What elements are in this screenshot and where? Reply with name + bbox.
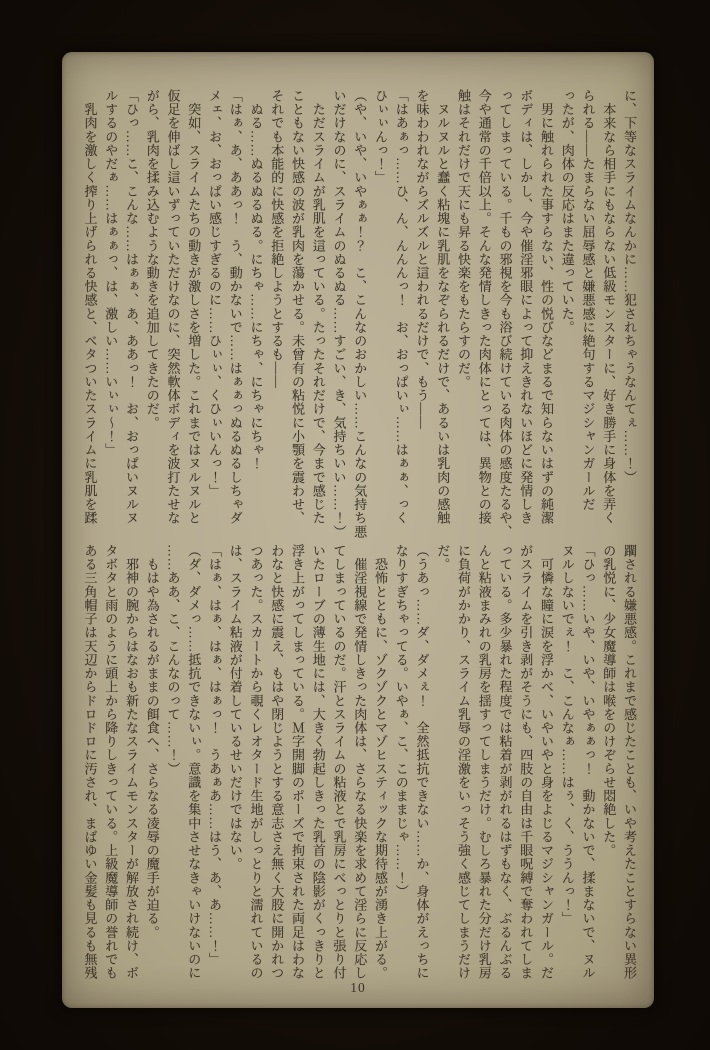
text-block-bottom: 躙される嫌悪感。これまで感じたことも、いや考えたことすらない異形の乳悦に、少女魔…	[73, 544, 639, 981]
scan-frame: に、下等なスライムなんかに……犯されちゃうなんてぇ……！） 本来なら相手にもなら…	[0, 0, 710, 1050]
book-page: に、下等なスライムなんかに……犯されちゃうなんてぇ……！） 本来なら相手にもなら…	[62, 52, 654, 1008]
text-column: ヌルヌルと蠢く粘塊に乳肌をなぞられるだけで、あるいは乳肉の感触	[432, 89, 453, 526]
text-column: 突如、スライムたちの動きが激しさを増した。これまではヌルヌルと	[183, 89, 204, 526]
text-column: ボディは、しかし、今や催淫邪眼によって抑えきれないほどに発情しき	[515, 89, 536, 526]
text-column: 男に触れられた事すらない、性の悦びなどまるで知らないはずの純潔	[535, 89, 556, 526]
text-column: 「ひっ……いや、いや、いやぁぁっ！ 動かないで、揉まないで、ヌル	[577, 544, 598, 981]
text-column: タボタと雨のように頭上から降りしきっている。上級魔導師の誉れでも	[100, 544, 121, 981]
text-column: 「はぁ、あ、ああっ！ う、動かないで……はぁぁっぬるぬるしちゃダ	[224, 89, 245, 526]
text-column: の乳悦に、少女魔導師は喉をのけぞらせ悶絶した。	[598, 544, 619, 981]
text-column: は、スライム粘液が付着しているせいだけではない。	[224, 544, 245, 981]
text-column: （や、いや、いやぁぁ！？ こ、こんなのおかしい……こんなの気持ち悪	[349, 89, 370, 526]
text-column: 「はぁ、はぁ、はぁ、はぁっ！ うあぁあ……はう、あ、あ……！」	[203, 544, 224, 981]
page-number: 10	[62, 980, 654, 996]
text-column: ヌルしないでぇ！ こ、こんなぁ……はぅ、く、ううんっ！」	[556, 544, 577, 981]
text-column: ルするのやだぁ……はぁぁっ、は、激しい……いぃぃ～！」	[100, 89, 121, 526]
text-column: がスライムを引き剥がそうにも、四肢の自由は千眼呪縛で奪われてしま	[515, 544, 536, 981]
text-column: 今や通常の千倍以上。そんな発情しきった肉体にとっては、異物との接	[473, 89, 494, 526]
text-block-top: に、下等なスライムなんかに……犯されちゃうなんてぇ……！） 本来なら相手にもなら…	[73, 89, 639, 526]
text-column: （ダ、ダメっ……抵抗できないぃ。意識を集中させなきゃいけないのに	[183, 544, 204, 981]
text-column: 催淫視線で発情しきった肉体は、さらなる快楽を求めて淫らに反応し	[349, 544, 370, 981]
text-column: （うあっ……ダ、ダメぇ！ 全然抵抗できない……か、身体がえっちに	[411, 544, 432, 981]
text-column: こともない快感の波が乳肉を蕩かせる。未曾有の粘悦に小顎を震わせ、	[286, 89, 307, 526]
text-column: 「ひっ……こ、こんな……はぁぁ、あ、ああっ！ お、おっぱいヌルヌ	[120, 89, 141, 526]
text-column: いたローブの薄生地には、大きく勃起しきった乳首の陰影がくっきりと	[307, 544, 328, 981]
text-column: ある三角帽子は天辺からドロドロに汚され、まばゆい金髪も見るも無残	[79, 544, 100, 981]
text-column: だ。	[432, 544, 453, 981]
text-column: いだけなのに、スライムのぬるぬる……すごい、き、気持ちいい……！）	[328, 89, 349, 526]
text-column: つあった。スカートから覗くレオタード生地がしっとりと濡れているの	[245, 544, 266, 981]
text-column: なりすぎちゃってる。いやぁ、こ、このままじゃ……！）	[390, 544, 411, 981]
text-column: 邪神の腕からはなおも新たなスライムモンスターが解放され続け、ボ	[120, 544, 141, 981]
text-column: に、下等なスライムなんかに……犯されちゃうなんてぇ……！）	[618, 89, 639, 526]
text-column: ぬる……ぬるぬるぬる。にちゃ……にちゃ、にちゃにちゃ！	[245, 89, 266, 526]
text-column: に負荷がかかり、スライム乳辱の淫激をいっそう強く感じてしまうだけ	[452, 544, 473, 981]
text-column: わなと快感に震え、もはや閉じようとする意志さえ無く大股に開かれつ	[266, 544, 287, 981]
text-column: それでも本能的に快感を拒絶しようとするも——	[266, 89, 287, 526]
text-column: メェ、お、おっぱい感じすぎるのに……ひぃぃ、くひぃいんっ！」	[203, 89, 224, 526]
text-column: 恐怖とともに、ゾクゾクとマゾヒスティックな期待感が湧き上がる。	[369, 544, 390, 981]
text-column: 可憐な瞳に涙を浮かべ、いやいやと身をよじるマジシャンガール。だ	[535, 544, 556, 981]
text-column: っている。多少暴れた程度では粘着が剥がれるはずもなく、ぶるんぶる	[494, 544, 515, 981]
text-column: 本来なら相手にもならない低級モンスターに、好き勝手に身体を弄く	[598, 89, 619, 526]
text-column: ただスライムが乳肌を這っている。たったそれだけで、今まで感じた	[307, 89, 328, 526]
text-column: 触はそれだけで天にも昇る快楽をもたらすのだ。	[452, 89, 473, 526]
text-column: てしまっているのだ。汗とスライムの粘液とで乳房にべっとりと張り付	[328, 544, 349, 981]
text-column: 仮足を伸ばし這いずっていただけなのに、突然軟体ボディを波打たせな	[162, 89, 183, 526]
text-column: がら、乳肉を揉み込むような動きを追加してきたのだ。	[141, 89, 162, 526]
text-column: られる——たまらない屈辱感と嫌悪感に絶句するマジシャンガールだ	[577, 89, 598, 526]
text-column: 「はあぁっ……ひ、ん、んんんっ！ お、おっぱいぃ……はぁぁ、っく	[390, 89, 411, 526]
text-column: 浮き上がってしまっている。Ｍ字開脚のポーズで拘束された両足はわな	[286, 544, 307, 981]
text-column: んと粘液まみれの乳房を揺すってしまうだけ。むしろ暴れた分だけ乳房	[473, 544, 494, 981]
text-column: ったが、肉体の反応はまた違っていた。	[556, 89, 577, 526]
text-column: もはや為されるがままの餌食へ、さらなる凌辱の魔手が迫る。	[141, 544, 162, 981]
text-column: 乳肉を激しく搾り上げられる快感と、ベタついたスライムに乳肌を蹂	[79, 89, 100, 526]
text-column: ……ああ、こ、こんなのって……！）	[162, 544, 183, 981]
text-column: ひぃぃんっ！」	[369, 89, 390, 526]
text-column: を味わわれながらズルズルと這われるだけで、もう——	[411, 89, 432, 526]
text-column: 躙される嫌悪感。これまで感じたことも、いや考えたことすらない異形	[618, 544, 639, 981]
text-column: ってしまっている。千もの邪視を今も浴び続けている肉体の感度たるや、	[494, 89, 515, 526]
